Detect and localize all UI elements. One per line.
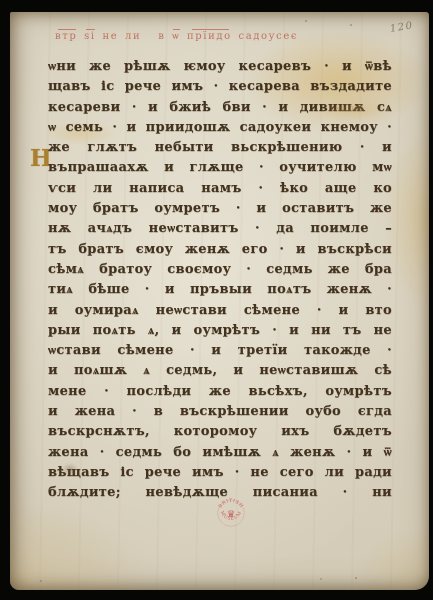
- rubric-word: садоусеє: [239, 31, 299, 42]
- text-line: мене · послѣди же вьсѣхъ, оумрѣтъ: [48, 382, 392, 402]
- text-line: щавъ іс рече имъ · кесарева въздадите: [48, 77, 392, 97]
- rubric-word: ли: [125, 31, 141, 42]
- rubric-word: прїидо: [187, 31, 232, 42]
- speck: [320, 578, 322, 580]
- rubric-word: ѡ: [172, 31, 180, 42]
- rubric-word: ѕі: [84, 31, 96, 42]
- british-museum-stamp: BRITISH MUSEUM ♛: [216, 498, 246, 528]
- text-line: рыи поѧть ѧ, и оумрѣтъ · и ни тъ не: [48, 321, 392, 341]
- text-line: тъ братъ ємоу женѫ его · и въскрѣси: [48, 240, 392, 260]
- text-line: жена · седмь бо имѣшѫ ѧ женѫ · и ѿ: [48, 443, 392, 463]
- rubric-part-1: втр ѕі не ли: [55, 31, 141, 42]
- manuscript-photo: 120 втр ѕі не лив ѡ прїидо садоусеє кѡц …: [0, 0, 433, 600]
- text-line: ѵси ли написа намъ · ѣко аще ко: [48, 179, 392, 199]
- rubric-word: втр: [55, 31, 77, 42]
- text-line: моу братъ оумретъ · и оставитъ же: [48, 199, 392, 219]
- rubric-header: втр ѕі не лив ѡ прїидо садоусеє: [55, 31, 298, 42]
- rubric-part-2: в ѡ прїидо садоусеє: [158, 31, 298, 42]
- rubric-word: в: [158, 31, 165, 42]
- text-block: ѡни же рѣшѫ ѥмоу кесаревъ · и ѿвѣщавъ іс…: [48, 57, 392, 504]
- text-line: въпрашаахѫ и глѫще · оучителю мѡ: [48, 158, 392, 178]
- speck: [40, 580, 42, 582]
- stamp-crown-icon: ♛: [227, 509, 236, 520]
- rubric-word: не: [102, 31, 118, 42]
- speck: [355, 577, 357, 579]
- text-line: ѡстави сѣмене · и третїи такожде ·: [48, 341, 392, 361]
- text-line: нѫ ачѧдъ неѡставитъ · да поимле –: [48, 219, 392, 239]
- text-line: въскрснѫтъ, которомоу ихъ бѫдетъ: [48, 422, 392, 442]
- text-line: же глѫтъ небыти вьскрѣшению · и: [48, 138, 392, 158]
- text-line: вѣщавъ іс рече имъ · не сего ли ради: [48, 463, 392, 483]
- folio-number: 120: [390, 20, 415, 35]
- parchment-page: 120 втр ѕі не лив ѡ прїидо садоусеє кѡц …: [10, 12, 429, 590]
- text-line: кесареви · и бжиѣ бви · и дивишѫ сѧ: [48, 98, 392, 118]
- text-line: ѡни же рѣшѫ ѥмоу кесаревъ · и ѿвѣ: [48, 57, 392, 77]
- text-line: тиѧ бѣше · и пръвыи поѧтъ женѫ ·: [48, 280, 392, 300]
- text-line: и жена · в въскрѣшении оубо єгда: [48, 402, 392, 422]
- text-line: ѡ семь · и приидошѫ садоукеи кнемоу ·: [48, 118, 392, 138]
- text-line: сѣмѧ братоу своємоу · седмь же бра: [48, 260, 392, 280]
- speck: [350, 24, 352, 26]
- text-line: и поѧшѫ ѧ седмь, и неѡставишѫ сѣ: [48, 361, 392, 381]
- speck: [305, 20, 307, 22]
- text-line: и оумираѧ неѡстави сѣмене · и вто: [48, 301, 392, 321]
